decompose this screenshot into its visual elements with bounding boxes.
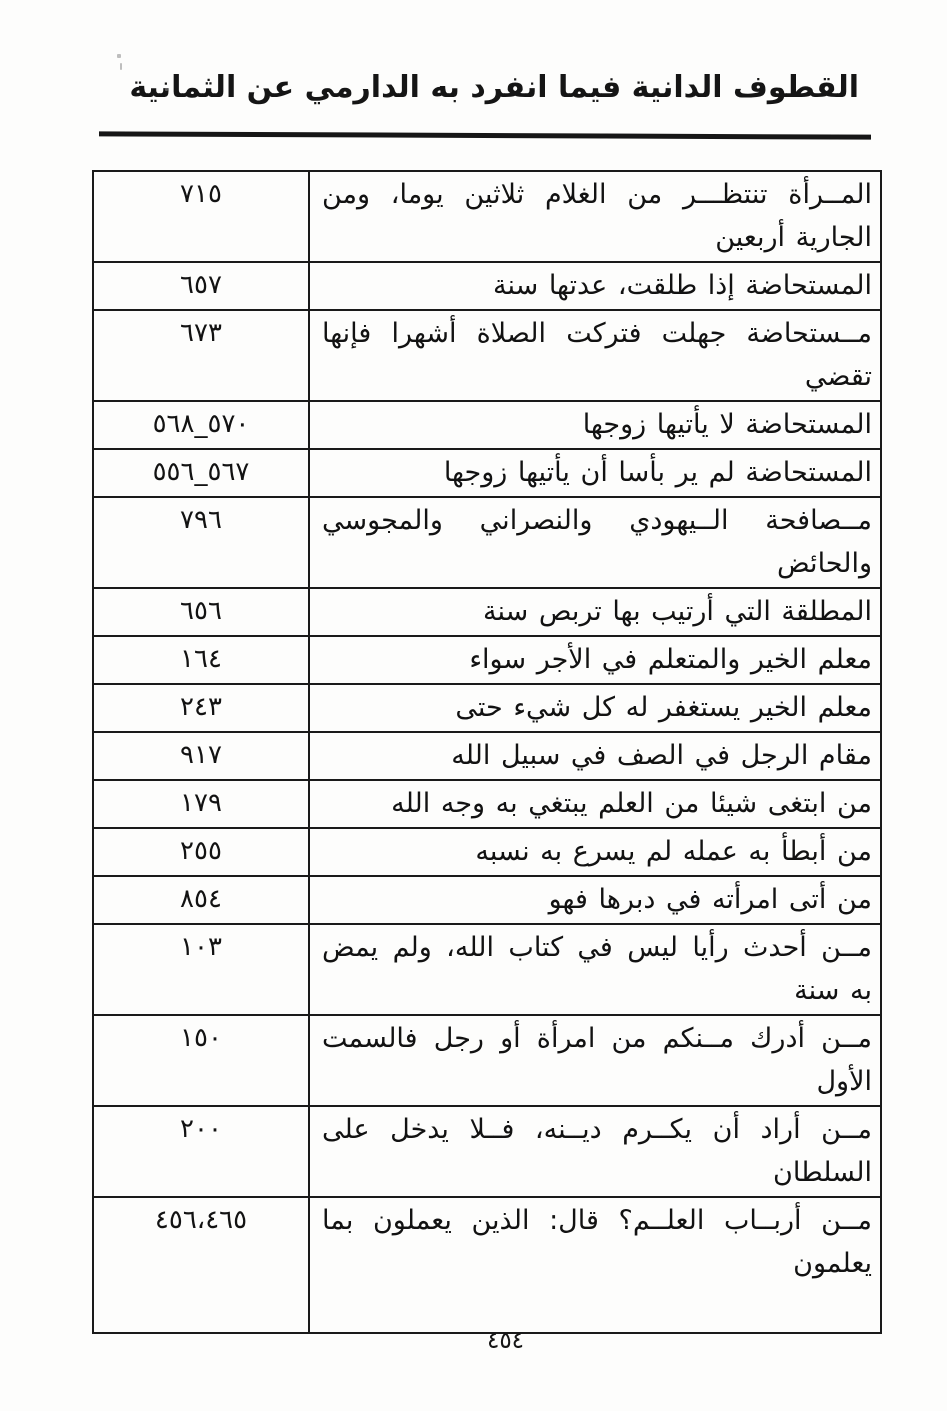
page-number-cell: ١٠٣	[94, 925, 310, 1014]
entry-cell: معلم الخير والمتعلم في الأجر سواء	[310, 637, 880, 683]
table-row: ١٠٣ مــن أحدث رأيا ليس في كتاب الله، ولم…	[94, 925, 880, 1016]
page-number-cell: ٥٦٧_٥٥٦	[94, 450, 310, 496]
header-rule	[99, 131, 871, 139]
entry-cell: مــستحاضة جهلت فتركت الصلاة أشهرا فإنها …	[310, 311, 880, 400]
table-row: ٥٦٧_٥٥٦ المستحاضة لم ير بأسا أن يأتيها ز…	[94, 450, 880, 498]
scan-speck	[165, 88, 168, 91]
scan-speck	[120, 63, 122, 70]
table-row: ٥٧٠_٥٦٨ المستحاضة لا يأتيها زوجها	[94, 402, 880, 450]
entry-cell: المستحاضة إذا طلقت، عدتها سنة	[310, 263, 880, 309]
table-row: ٢٥٥ من أبطأ به عمله لم يسرع به نسبه	[94, 829, 880, 877]
page-number-cell: ١٥٠	[94, 1016, 310, 1105]
page-number-cell: ١٧٩	[94, 781, 310, 827]
page-number: ٤٥٤	[487, 1328, 524, 1354]
page-number-cell: ٧٩٦	[94, 498, 310, 587]
table-row: ٦٥٦ المطلقة التي أرتيب بها تربص سنة	[94, 589, 880, 637]
table-row: ٢٤٣ معلم الخير يستغفر له كل شيء حتى	[94, 685, 880, 733]
table-row: ١٧٩ من ابتغى شيئا من العلم يبتغي به وجه …	[94, 781, 880, 829]
page-title: القطوف الدانية فيما انفرد به الدارمي عن …	[129, 62, 859, 114]
table-row: ٢٠٠ مــن أراد أن يكــرم ديــنه، فــلا يد…	[94, 1107, 880, 1198]
table-row: ٩١٧ مقام الرجل في الصف في سبيل الله	[94, 733, 880, 781]
index-table: ٧١٥ المــرأة تنتظـــر من الغلام ثلاثين ي…	[92, 170, 882, 1334]
entry-cell: مــن أربــاب العلــم؟ قال: الذين يعملون …	[310, 1198, 880, 1332]
page-number-cell: ٢٥٥	[94, 829, 310, 875]
page-number-cell: ٦٥٧	[94, 263, 310, 309]
page-number-cell: ٢٠٠	[94, 1107, 310, 1196]
entry-cell: المطلقة التي أرتيب بها تربص سنة	[310, 589, 880, 635]
scan-speck	[117, 54, 121, 58]
page-number-cell: ٤٥٦،٤٦٥	[94, 1198, 310, 1332]
table-row: ٤٥٦،٤٦٥ مــن أربــاب العلــم؟ قال: الذين…	[94, 1198, 880, 1332]
entry-cell: المستحاضة لم ير بأسا أن يأتيها زوجها	[310, 450, 880, 496]
entry-cell: مقام الرجل في الصف في سبيل الله	[310, 733, 880, 779]
entry-cell: مــن أراد أن يكــرم ديــنه، فــلا يدخل ع…	[310, 1107, 880, 1196]
table-row: ٧٩٦ مــصافحة الــيهودي والنصراني والمجوس…	[94, 498, 880, 589]
page-number-cell: ٩١٧	[94, 733, 310, 779]
table-row: ٦٧٣ مــستحاضة جهلت فتركت الصلاة أشهرا فإ…	[94, 311, 880, 402]
page-number-cell: ١٦٤	[94, 637, 310, 683]
page-number-cell: ٦٧٣	[94, 311, 310, 400]
table-row: ١٦٤ معلم الخير والمتعلم في الأجر سواء	[94, 637, 880, 685]
page-number-cell: ٥٧٠_٥٦٨	[94, 402, 310, 448]
table-row: ١٥٠ مــن أدرك مــنكم من امرأة أو رجل فال…	[94, 1016, 880, 1107]
entry-cell: مــصافحة الــيهودي والنصراني والمجوسي وا…	[310, 498, 880, 587]
entry-cell: مــن أدرك مــنكم من امرأة أو رجل فالسمت …	[310, 1016, 880, 1105]
page-number-cell: ٨٥٤	[94, 877, 310, 923]
page-number-cell: ٢٤٣	[94, 685, 310, 731]
entry-cell: من أبطأ به عمله لم يسرع به نسبه	[310, 829, 880, 875]
table-row: ٨٥٤ من أتى امرأته في دبرها فهو	[94, 877, 880, 925]
entry-cell: من ابتغى شيئا من العلم يبتغي به وجه الله	[310, 781, 880, 827]
table-row: ٧١٥ المــرأة تنتظـــر من الغلام ثلاثين ي…	[94, 172, 880, 263]
page-number-cell: ٦٥٦	[94, 589, 310, 635]
table-row: ٦٥٧ المستحاضة إذا طلقت، عدتها سنة	[94, 263, 880, 311]
entry-cell: المستحاضة لا يأتيها زوجها	[310, 402, 880, 448]
page-number-cell: ٧١٥	[94, 172, 310, 261]
entry-cell: من أتى امرأته في دبرها فهو	[310, 877, 880, 923]
entry-cell: معلم الخير يستغفر له كل شيء حتى	[310, 685, 880, 731]
entry-cell: مــن أحدث رأيا ليس في كتاب الله، ولم يمض…	[310, 925, 880, 1014]
page-footer: ٤٥٤	[0, 1328, 947, 1354]
book-page: القطوف الدانية فيما انفرد به الدارمي عن …	[0, 0, 947, 1411]
entry-cell: المــرأة تنتظـــر من الغلام ثلاثين يوما،…	[310, 172, 880, 261]
